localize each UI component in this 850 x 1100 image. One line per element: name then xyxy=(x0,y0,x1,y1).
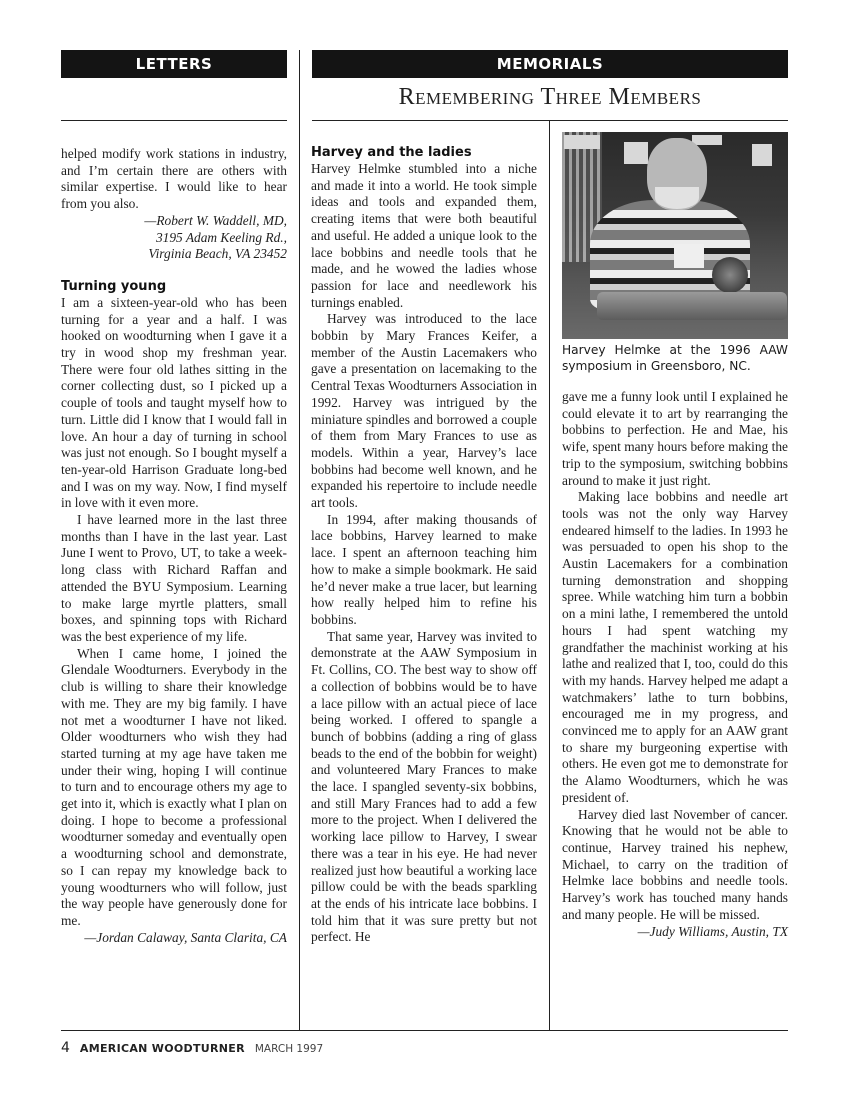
name-badge-graphic xyxy=(674,244,704,268)
beard-graphic xyxy=(655,187,699,209)
letter-2-paragraph: When I came home, I joined the Glendale … xyxy=(61,646,287,930)
memorial-paragraph: That same year, Harvey was invited to de… xyxy=(311,629,537,946)
memorials-label: MEMORIALS xyxy=(497,55,603,73)
memorial-paragraph: In 1994, after making thousands of lace … xyxy=(311,512,537,629)
letters-column: helped modify work stations in industry,… xyxy=(61,146,287,946)
lathe-chuck-graphic xyxy=(712,257,748,293)
letters-label: LETTERS xyxy=(136,55,213,73)
memorial-signature: —Judy Williams, Austin, TX xyxy=(562,924,788,941)
wall-paper-graphic xyxy=(624,142,648,164)
lathe-graphic xyxy=(597,292,787,320)
memorial-heading: Harvey and the ladies xyxy=(311,144,537,161)
letter-2-paragraph: I am a sixteen-year-old who has been tur… xyxy=(61,295,287,512)
magazine-name: AMERICAN WOODTURNER xyxy=(80,1042,245,1055)
letters-top-rule xyxy=(61,120,287,121)
letters-section-header: LETTERS xyxy=(61,50,287,78)
letter-continued-text: helped modify work stations in industry,… xyxy=(61,146,287,213)
signature-city: Virginia Beach, VA 23452 xyxy=(61,246,287,263)
page-footer: 4 AMERICAN WOODTURNER MARCH 1997 xyxy=(61,1040,323,1056)
memorials-section-header: MEMORIALS xyxy=(312,50,788,78)
bottom-rule xyxy=(61,1030,788,1031)
signature-name: —Robert W. Waddell, MD, xyxy=(61,213,287,230)
issue-date: MARCH 1997 xyxy=(255,1043,323,1055)
wall-paper-graphic xyxy=(752,144,772,166)
memorial-paragraph: gave me a funny look until I explained h… xyxy=(562,389,788,489)
memorials-top-rule xyxy=(312,120,788,121)
column-divider-left xyxy=(299,50,300,1030)
letter-2-paragraph: I have learned more in the last three mo… xyxy=(61,512,287,646)
letter-1-signature: —Robert W. Waddell, MD, 3195 Adam Keelin… xyxy=(61,213,287,263)
harvey-helmke-photo xyxy=(562,132,788,339)
signature-address: 3195 Adam Keeling Rd., xyxy=(61,230,287,247)
memorial-column-right: gave me a funny look until I explained h… xyxy=(562,389,788,940)
column-divider-right xyxy=(549,121,550,1030)
wall-sign-graphic xyxy=(692,135,722,145)
page-number: 4 xyxy=(61,1040,70,1056)
memorial-paragraph: Making lace bobbins and needle art tools… xyxy=(562,489,788,806)
memorial-paragraph: Harvey died last November of cancer. Kno… xyxy=(562,807,788,924)
letter-2-signature: —Jordan Calaway, Santa Clarita, CA xyxy=(61,930,287,947)
memorial-paragraph: Harvey was introduced to the lace bobbin… xyxy=(311,311,537,511)
memorial-column-middle: Harvey and the ladies Harvey Helmke stum… xyxy=(311,144,537,946)
article-title: Remembering Three Members xyxy=(312,84,788,111)
photo-caption: Harvey Helmke at the 1996 AAW symposium … xyxy=(562,342,788,374)
letter-2-heading: Turning young xyxy=(61,278,287,295)
memorial-paragraph: Harvey Helmke stumbled into a niche and … xyxy=(311,161,537,311)
shop-sign-graphic xyxy=(564,135,600,149)
